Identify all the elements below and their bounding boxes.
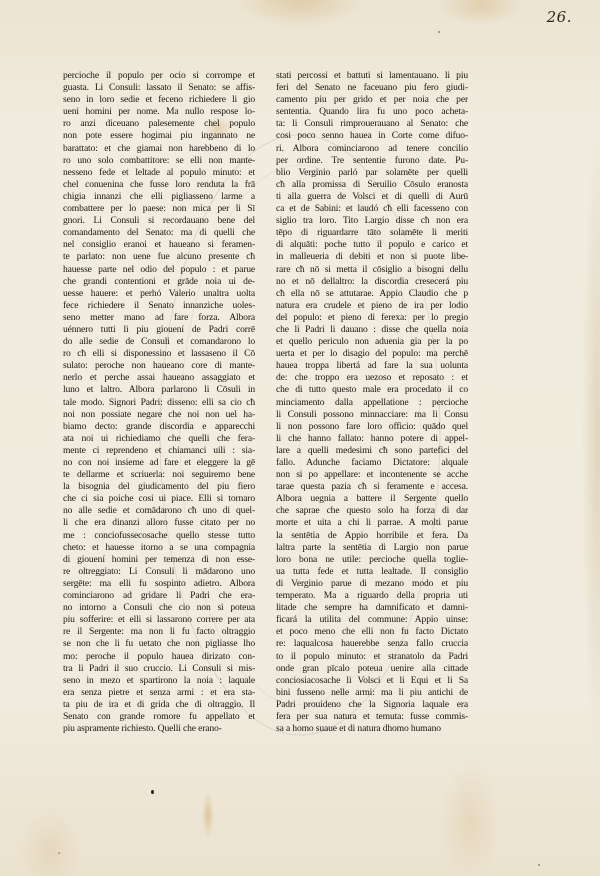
- text-line: che ci sia poiche cosi ui piace. Elli si…: [63, 493, 255, 505]
- text-line: uesse hauere: et perhó Valerio unaltra u…: [63, 288, 255, 300]
- text-line: chigia innanzi che elli pigliasseno larm…: [63, 191, 255, 203]
- ink-speck: [151, 790, 154, 794]
- text-line: no intorno a Consuli che cio non si pote…: [63, 602, 255, 614]
- text-line: uénnero tutti li piu giouení de Padri co…: [63, 324, 255, 336]
- text-line: gnori. Li Consuli si recordauano bene de…: [63, 215, 255, 227]
- text-line: ueni homini per nome. Ma nullo respose l…: [63, 106, 255, 118]
- text-line: cheto: et hauesse itorno a se una compag…: [63, 542, 255, 554]
- text-line: litade che sempre ha damnificato et damn…: [276, 602, 468, 614]
- text-line: tra li Padri il suo cruccio. Li Consuli …: [63, 663, 255, 675]
- text-line: seno metter mano ad fare forza. Albora: [63, 312, 255, 324]
- text-line: ta piu de ira et di grida che di oltragg…: [63, 699, 255, 711]
- text-line: non pote essere hogimai piu ingannato ne: [63, 130, 255, 142]
- text-line: siglio tra loro. Tito Largio disse cħ no…: [276, 215, 468, 227]
- text-line: noi non possiate negare che noi non uel …: [63, 409, 255, 421]
- text-line: per ordine. Tre sententie furono date. P…: [276, 155, 468, 167]
- text-line: ata noi ui richiediamo che quelli che fe…: [63, 433, 255, 445]
- text-line: blio Verginio parló par solamēte per que…: [276, 167, 468, 179]
- text-line: in malleueria di debiti et non si puote …: [276, 251, 468, 263]
- text-line: Albora uegnia a battere il Sergente quel…: [276, 493, 468, 505]
- text-line: che saprae che questo solo ha forza di d…: [276, 505, 468, 517]
- text-line: te dellarme et scriuerla: noi seguiremo …: [63, 469, 255, 481]
- right-text-column: stati percossi et battuti si lamentauano…: [276, 70, 468, 735]
- text-line: me : conciofussecosache quello stesse tu…: [63, 530, 255, 542]
- text-line: re: laqualcosa hauerebbe senza fallo cru…: [276, 638, 468, 650]
- text-line: che di tutto questo male era procedato i…: [276, 384, 468, 396]
- manuscript-page: 26. percioche il populo per ocio si corr…: [0, 0, 600, 876]
- text-line: lare a quelli medesimi cħ sono partefici…: [276, 445, 468, 457]
- text-line: di alquāti: poche tutto il populo e cari…: [276, 239, 468, 251]
- ink-speck: [58, 852, 60, 854]
- text-line: era senza pietre et senza armi : et era …: [63, 687, 255, 699]
- text-line: nel consiglio eranoi et haueano si feram…: [63, 239, 255, 251]
- text-line: sulato: peroche non haueano core di mant…: [63, 360, 255, 372]
- ink-speck: [538, 864, 540, 866]
- text-line: ta: li Consuli rimprouerauano al Senato:…: [276, 118, 468, 130]
- text-line: se non che li fu uetato che non pigliass…: [63, 638, 255, 650]
- text-line: re il Sergente: ma non li fu facto oltra…: [63, 626, 255, 638]
- text-line: conciosiacosache li Volsci et li Equi et…: [276, 675, 468, 687]
- text-line: et poco meno che elli non fu facto Dicta…: [276, 626, 468, 638]
- text-line: onde gran pīcalo poteua uenire alla citt…: [276, 663, 468, 675]
- text-line: combattere per lo paese: non mica per li…: [63, 203, 255, 215]
- text-line: sergēte: ma elli fu sospinto adietro. Al…: [63, 578, 255, 590]
- text-line: chel conuenina che fusse loro renduta la…: [63, 179, 255, 191]
- text-line: to il populo minuto: et stranatolo da Pa…: [276, 651, 468, 663]
- text-line: no con noi insieme ad fare et eleggere l…: [63, 457, 255, 469]
- text-line: et quello periculo non aduenia gia per l…: [276, 336, 468, 348]
- text-line: fallo. Adunche faciamo Dictatore: alqual…: [276, 457, 468, 469]
- left-text-column: percioche il populo per ocio si corrompe…: [63, 70, 255, 735]
- text-line: seno in loro sedie et feceno richiedere …: [63, 94, 255, 106]
- text-line: la sentētia de Appio horribile et fera. …: [276, 530, 468, 542]
- ink-speck: [438, 31, 440, 33]
- text-line: te parlato: non uene fue alcuno presente…: [63, 251, 255, 263]
- text-line: ri. Albora cominciarono ad tenere concil…: [276, 143, 468, 155]
- text-line: feri del Senato ne faceuano piu fero giu…: [276, 82, 468, 94]
- text-line: morte et uita a chi li parrae. A molti p…: [276, 517, 468, 529]
- text-line: seno in mezo et spartirono la noia : laq…: [63, 675, 255, 687]
- text-line: tēpo di riguardarre tāto solamēte li mer…: [276, 227, 468, 239]
- text-line: minciamento dalla appellatione : percioc…: [276, 397, 468, 409]
- text-line: sa a homo suaue et di natura dhomo human…: [276, 723, 468, 735]
- text-line: rare cħ nō si metta il cōsiglio a bisogn…: [276, 264, 468, 276]
- text-line: de: che troppo era uezoso et reposato : …: [276, 372, 468, 384]
- text-line: di giouení homini per temenza di non ess…: [63, 554, 255, 566]
- text-line: temperato. Ma a riguardo della propria u…: [276, 590, 468, 602]
- text-line: no alle sedie et comādarono cħ uno di qu…: [63, 505, 255, 517]
- text-line: tarae questa pazia cħ si feramente e acc…: [276, 481, 468, 493]
- text-line: ro anzi diceuano palesemente chel populo: [63, 118, 255, 130]
- text-line: di Verginio parue di mezano modo et piu: [276, 578, 468, 590]
- text-line: piu sofferire: et elli si lassarono corr…: [63, 614, 255, 626]
- text-line: bini fusseno nelle armi: ma li piu antic…: [276, 687, 468, 699]
- text-line: mo: peroche il populo hauea dirizato con…: [63, 651, 255, 663]
- text-line: comandamento del Senato: ma di quelli ch…: [63, 227, 255, 239]
- text-line: barattato: et che giamai non harebbeno d…: [63, 143, 255, 155]
- text-line: che grandi contentioni et grāde noia ui …: [63, 276, 255, 288]
- text-line: mente ci reprendeno et chiamanci uili : …: [63, 445, 255, 457]
- text-line: li che era dinanzi alloro fusse citato p…: [63, 517, 255, 529]
- text-line: cħ ella nō se attutarae. Appio Claudio c…: [276, 288, 468, 300]
- text-line: percioche il populo per ocio si corrompe…: [63, 70, 255, 82]
- text-line: natura era crudele et pieno de ira per l…: [276, 300, 468, 312]
- text-line: guasta. Li Consuli: lassato il Senato: s…: [63, 82, 255, 94]
- text-line: camento piu per grido et per noia che pe…: [276, 94, 468, 106]
- text-line: fera per sua natura et temuta: fusse com…: [276, 711, 468, 723]
- text-line: no et nō dellaltro: la discordia cresece…: [276, 276, 468, 288]
- text-line: tale modo. Signori Padri: disseno: elli …: [63, 397, 255, 409]
- text-line: fece richiedere il Senato innanziche uol…: [63, 300, 255, 312]
- text-line: sententia. Quando lira fu uno poco achet…: [276, 106, 468, 118]
- text-line: cħ alla promissa di Seruilio Cōsulo eran…: [276, 179, 468, 191]
- text-line: non si po appellare: et incontenente se …: [276, 469, 468, 481]
- text-line: nesseno fede et leltade al populo minuto…: [63, 167, 255, 179]
- text-line: che li Padri li dauano : disse che quell…: [276, 324, 468, 336]
- text-line: uerta et per lo disagio del populo: ma p…: [276, 348, 468, 360]
- text-line: li Consuli possono minnacciare: ma li Co…: [276, 409, 468, 421]
- folio-number: 26.: [547, 8, 572, 26]
- text-line: stati percossi et battuti si lamentauano…: [276, 70, 468, 82]
- text-line: cosi poco senno hauea in Corte come difu…: [276, 130, 468, 142]
- text-line: ficará la utilita del commune: Appio uin…: [276, 614, 468, 626]
- text-line: nerlo et perche assai haueano assaggiato…: [63, 372, 255, 384]
- text-line: biamo decto: grande discordia e apparecc…: [63, 421, 255, 433]
- text-line: hauea troppa libertá ad fare la sua uolu…: [276, 360, 468, 372]
- text-line: ua tutta fede et tutta lealtade. Il cons…: [276, 566, 468, 578]
- text-line: cominciarono ad gridare li Padri che era…: [63, 590, 255, 602]
- text-line: ti alla guerra de Volsci et di quelli di…: [276, 191, 468, 203]
- text-line: del populo: et pieno di ferexa: per lo p…: [276, 312, 468, 324]
- text-line: ro cħ elli si disponessino et lassaseno …: [63, 348, 255, 360]
- text-line: re oltreggiato: Li Consuli li mādarono u…: [63, 566, 255, 578]
- text-line: loro bona ne utile: percioche quella tog…: [276, 554, 468, 566]
- text-line: luno et laltro. Albora parlarono li Cōsu…: [63, 384, 255, 396]
- text-line: hauesse parte nel odio del populo : et p…: [63, 264, 255, 276]
- text-line: la bisognia del giudicamento del piu fie…: [63, 481, 255, 493]
- text-line: ca et de Sabini: et laudó cħ elli facess…: [276, 203, 468, 215]
- text-line: do alle sedie de Consuli et comandarono …: [63, 336, 255, 348]
- text-line: Padri prouideno che la Signoria laquale …: [276, 699, 468, 711]
- text-line: li non possono fare loro officio: quādo …: [276, 421, 468, 433]
- text-line: laltra parte la sentētia di Largio non p…: [276, 542, 468, 554]
- text-line: piu aspramente richiesto. Quelli che era…: [63, 723, 255, 735]
- text-line: Senato con grande romore fu appellato et: [63, 711, 255, 723]
- text-line: li che hanno fallato: hanno potere di ap…: [276, 433, 468, 445]
- text-line: ro uno solo combattitore: se elli non ma…: [63, 155, 255, 167]
